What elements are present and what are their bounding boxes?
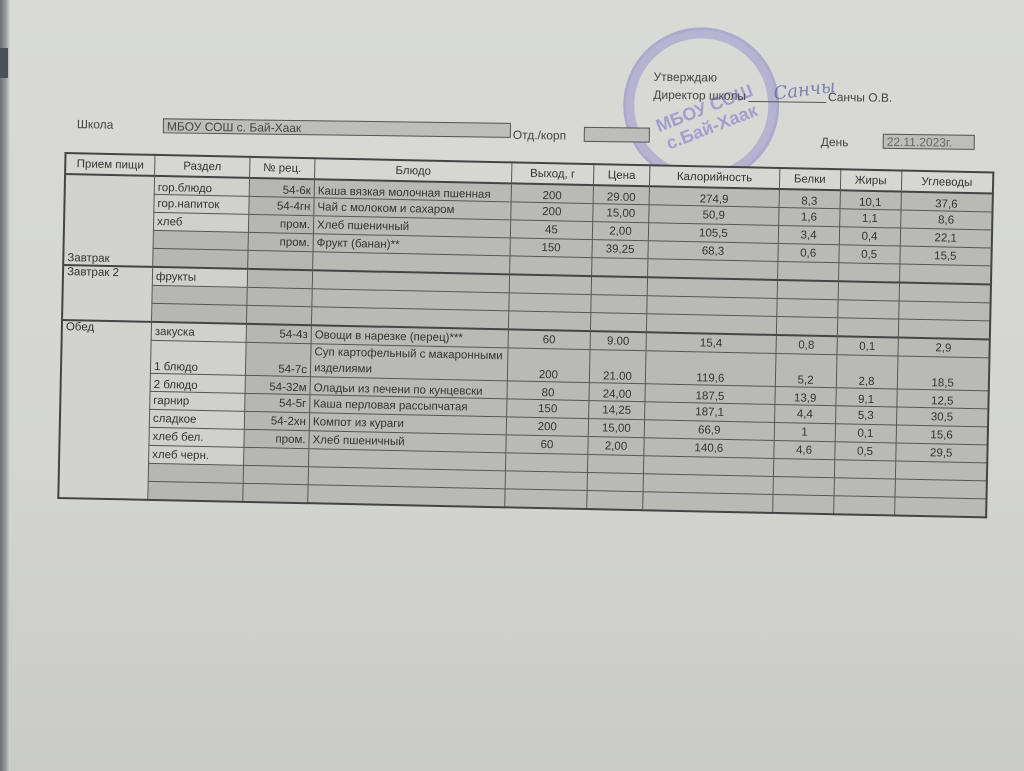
protein-cell: 4,4 [774,404,835,423]
fat-cell: 9,1 [836,388,897,407]
yield-cell [505,471,587,491]
fat-cell [833,496,894,516]
fat-cell [834,478,895,497]
recipe-cell [247,287,312,306]
carbs-cell: 8,6 [900,210,992,230]
recipe-cell: пром. [248,214,313,233]
carbs-cell [899,264,991,284]
section-cell: гор.напиток [154,194,249,214]
protein-cell [773,458,834,477]
section-cell: закуска [151,322,246,342]
protein-cell: 0,8 [776,335,837,355]
protein-cell [773,476,834,495]
column-header: Калорийность [650,165,780,189]
price-cell: 2,00 [588,437,645,456]
carbs-cell [899,283,991,303]
section-cell [153,230,248,250]
recipe-cell [243,483,308,503]
fat-cell: 0,1 [835,424,896,443]
meal-name: Завтрак [63,174,154,267]
column-header: Белки [779,168,840,190]
carbs-cell [895,479,987,499]
price-cell: 14,25 [588,401,645,420]
section-cell [152,303,247,323]
fat-cell: 10,1 [840,190,901,210]
fat-cell: 0,5 [834,442,895,461]
carbs-cell [898,301,990,321]
price-cell [587,473,644,492]
section-cell: хлеб бел. [149,427,244,447]
protein-cell: 13,9 [775,386,836,405]
recipe-cell: 54-4гн [249,196,314,215]
kcal-cell: 119,6 [645,351,775,387]
section-cell: гарнир [150,391,245,411]
recipe-cell [248,250,313,270]
recipe-cell: 54-6к [249,178,314,198]
carbs-cell [894,497,986,517]
section-cell: гор.блюдо [154,176,249,196]
yield-cell: 45 [510,220,592,240]
recipe-cell: 54-7с [245,342,311,376]
carbs-cell: 37,6 [901,192,993,212]
fat-cell: 1,1 [839,209,900,228]
price-cell [591,295,648,314]
yield-cell: 60 [506,435,588,455]
column-header: Прием пищи [65,153,155,176]
yield-cell: 200 [511,183,593,203]
recipe-cell: пром. [244,429,309,448]
protein-cell: 4,6 [773,440,834,459]
carbs-cell: 15,5 [899,246,991,266]
school-label: Школа [77,117,114,131]
yield-cell [509,293,591,313]
section-cell [148,463,243,483]
column-header: Углеводы [901,171,993,194]
recipe-cell: 54-2хн [244,411,309,430]
carbs-cell: 2,9 [897,338,989,358]
meal-name: Обед [58,320,151,500]
price-cell: 29.00 [593,185,650,205]
carbs-cell: 15,6 [896,425,988,445]
yield-cell: 200 [507,348,589,383]
fat-cell [838,263,899,283]
protein-cell: 0,6 [778,243,839,262]
recipe-cell: 54-4з [246,324,311,344]
dish-cell: Суп картофельный с макаронными изделиями [310,344,508,381]
protein-cell: 1,6 [778,207,839,226]
yield-cell: 200 [511,202,593,222]
fat-cell: 5,3 [835,406,896,425]
menu-table: Прием пищиРаздел№ рец.БлюдоВыход, гЦенаК… [57,152,994,518]
price-cell: 24,00 [589,383,646,402]
school-field: МБОУ СОШ с. Бай-Хаак [163,118,511,138]
column-header: Раздел [155,155,250,178]
protein-cell [772,494,833,514]
fat-cell: 0,1 [837,336,898,356]
recipe-cell [244,447,309,466]
approval-title: Утверждаю [653,70,717,85]
yield-cell [508,311,590,331]
recipe-cell: 54-32м [245,375,310,394]
section-cell: фрукты [152,267,247,287]
director-position: Директор школы [653,88,746,103]
day-label: День [821,135,849,149]
carbs-cell: 29,5 [895,443,987,463]
section-cell [153,248,248,268]
fat-cell: 0,4 [839,227,900,246]
fat-cell [838,281,899,301]
yield-cell: 150 [510,238,592,258]
protein-cell [776,316,837,336]
carbs-cell [898,319,990,339]
protein-cell: 3,4 [778,225,839,244]
price-cell: 15,00 [593,204,650,223]
section-cell [148,481,243,501]
fat-cell [837,318,898,338]
protein-cell [777,280,838,300]
column-header: Выход, г [511,162,593,185]
recipe-cell: пром. [248,232,313,251]
fat-cell: 2,8 [836,355,898,389]
dept-field [584,127,650,143]
protein-cell [777,261,838,281]
section-cell: сладкое [149,409,244,429]
recipe-cell [243,465,308,484]
recipe-cell [246,305,311,325]
price-cell: 15,00 [588,419,645,438]
price-cell [591,258,648,278]
carbs-cell: 12,5 [896,389,988,409]
yield-cell: 200 [506,417,588,437]
fat-cell: 0,5 [839,245,900,264]
column-header: Жиры [840,169,901,191]
section-cell [152,285,247,305]
section-cell: 2 блюдо [150,373,245,393]
yield-cell [510,256,592,276]
section-cell: 1 блюдо [150,340,246,375]
price-cell: 2,00 [592,222,649,241]
carbs-cell [895,461,987,481]
recipe-cell [247,269,312,289]
price-cell [587,455,644,474]
yield-cell: 60 [508,329,590,349]
price-cell [591,276,648,296]
price-cell: 9.00 [590,331,647,351]
dept-label: Отд./корп [513,128,567,143]
carbs-cell: 22,1 [900,228,992,248]
price-cell [587,491,644,511]
menu-sheet: МБОУ СОШ с.Бай-Хаак Утверждаю Директор ш… [0,0,1024,771]
day-field: 22.11.2023г. [883,134,975,150]
meal-name: Завтрак 2 [62,265,153,322]
yield-cell: 150 [507,399,589,419]
recipe-cell: 54-5г [245,393,310,412]
price-cell: 21.00 [589,350,646,384]
director-name: Санчы О.В. [828,90,893,105]
section-cell: хлеб [153,212,248,232]
protein-cell: 1 [774,422,835,441]
protein-cell: 5,2 [775,353,837,387]
carbs-cell: 18,5 [897,356,990,391]
carbs-cell: 30,5 [896,407,988,427]
yield-cell [505,453,587,473]
price-cell: 39,25 [592,240,649,259]
section-cell: хлеб черн. [149,445,244,465]
dish-cell [308,485,505,508]
fat-cell [834,460,895,479]
protein-cell [776,298,837,317]
fat-cell [837,300,898,319]
price-cell [590,313,647,333]
column-header: № рец. [250,157,315,179]
kcal-cell [643,492,773,513]
column-header: Цена [593,164,650,186]
yield-cell: 80 [507,381,589,401]
yield-cell [505,489,587,509]
yield-cell [509,274,591,294]
protein-cell: 8,3 [779,189,840,209]
